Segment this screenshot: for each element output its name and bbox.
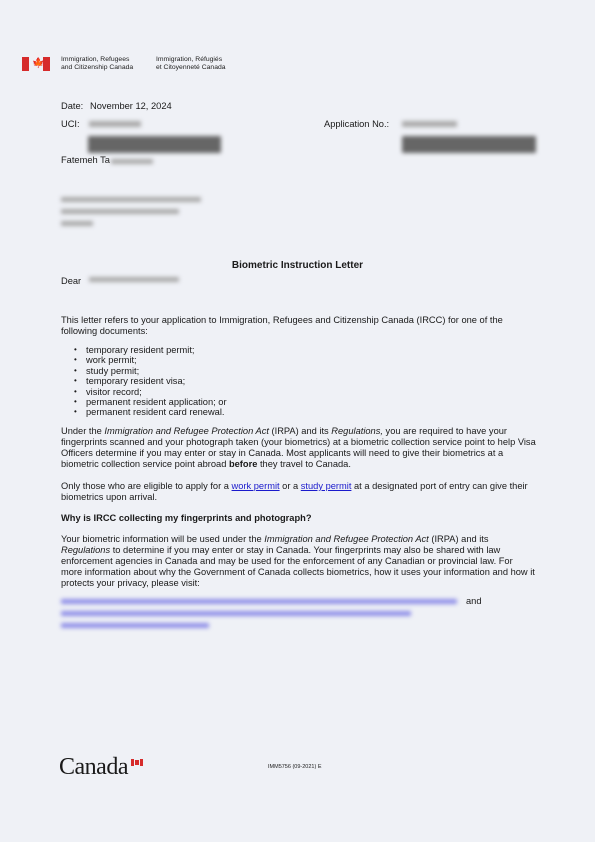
date-label: Date: <box>61 101 83 112</box>
department-name-fr: Immigration, Réfugiés et Citoyenneté Can… <box>156 56 226 71</box>
list-item: permanent resident application; or <box>61 397 536 407</box>
application-barcode-redacted <box>402 136 536 153</box>
text: (IRPA) and its <box>269 426 331 436</box>
recipient-name-redacted <box>111 159 153 164</box>
recipient-name: Fatemeh Ta <box>61 155 110 166</box>
letter-title: Biometric Instruction Letter <box>0 260 595 271</box>
act-name: Immigration and Refugee Protection Act <box>264 534 429 544</box>
uci-value-redacted <box>89 121 141 127</box>
emphasis: before <box>229 459 257 469</box>
dept-en-line2: and Citizenship Canada <box>61 64 133 72</box>
application-label: Application No.: <box>324 119 389 130</box>
dept-en-line1: Immigration, Refugees <box>61 56 133 64</box>
dept-fr-line1: Immigration, Réfugiés <box>156 56 226 64</box>
text: Only those who are eligible to apply for… <box>61 481 232 491</box>
wordmark-flag-icon <box>131 759 143 766</box>
port-of-entry-paragraph: Only those who are eligible to apply for… <box>61 481 536 503</box>
application-value-redacted <box>402 121 457 127</box>
text: or a <box>280 481 301 491</box>
canada-wordmark: Canada <box>59 754 128 781</box>
and-text: and <box>466 596 482 607</box>
list-item: temporary resident permit; <box>61 345 536 355</box>
privacy-link-2-continued[interactable] <box>61 623 209 628</box>
intro-paragraph: This letter refers to your application t… <box>61 315 536 337</box>
form-code: IMM5756 (09-2021) E <box>268 764 322 770</box>
letter-body: This letter refers to your application t… <box>61 315 536 589</box>
biometrics-use-paragraph: Your biometric information will be used … <box>61 534 536 589</box>
study-permit-link[interactable]: study permit <box>301 481 352 491</box>
text: Under the <box>61 426 104 436</box>
department-name-en: Immigration, Refugees and Citizenship Ca… <box>61 56 133 71</box>
uci-label: UCI: <box>61 119 80 130</box>
uci-barcode-redacted <box>88 136 221 153</box>
text: (IRPA) and its <box>429 534 489 544</box>
act-name: Immigration and Refugee Protection Act <box>104 426 269 436</box>
text: to determine if you may enter or stay in… <box>61 545 535 588</box>
text: Your biometric information will be used … <box>61 534 264 544</box>
list-item: visitor record; <box>61 387 536 397</box>
section-heading: Why is IRCC collecting my fingerprints a… <box>61 513 536 524</box>
address-line2-redacted <box>61 209 179 214</box>
salutation: Dear <box>61 276 81 287</box>
privacy-link-2-redacted[interactable] <box>61 611 411 616</box>
date-value: November 12, 2024 <box>90 101 172 112</box>
privacy-link-1-redacted[interactable] <box>61 599 457 604</box>
irpa-paragraph: Under the Immigration and Refugee Protec… <box>61 426 536 470</box>
documents-list: temporary resident permit; work permit; … <box>61 345 536 418</box>
salutation-name-redacted <box>89 277 179 282</box>
regulations: Regulations <box>61 545 110 555</box>
list-item: study permit; <box>61 366 536 376</box>
address-line3-redacted <box>61 221 93 226</box>
address-line1-redacted <box>61 197 201 202</box>
text: they travel to Canada. <box>257 459 351 469</box>
regulations: Regulations, <box>331 426 383 436</box>
dept-fr-line2: et Citoyenneté Canada <box>156 64 226 72</box>
list-item: work permit; <box>61 355 536 365</box>
list-item: temporary resident visa; <box>61 376 536 386</box>
list-item: permanent resident card renewal. <box>61 407 536 417</box>
work-permit-link[interactable]: work permit <box>232 481 280 491</box>
canada-flag-icon: 🍁 <box>22 57 50 71</box>
